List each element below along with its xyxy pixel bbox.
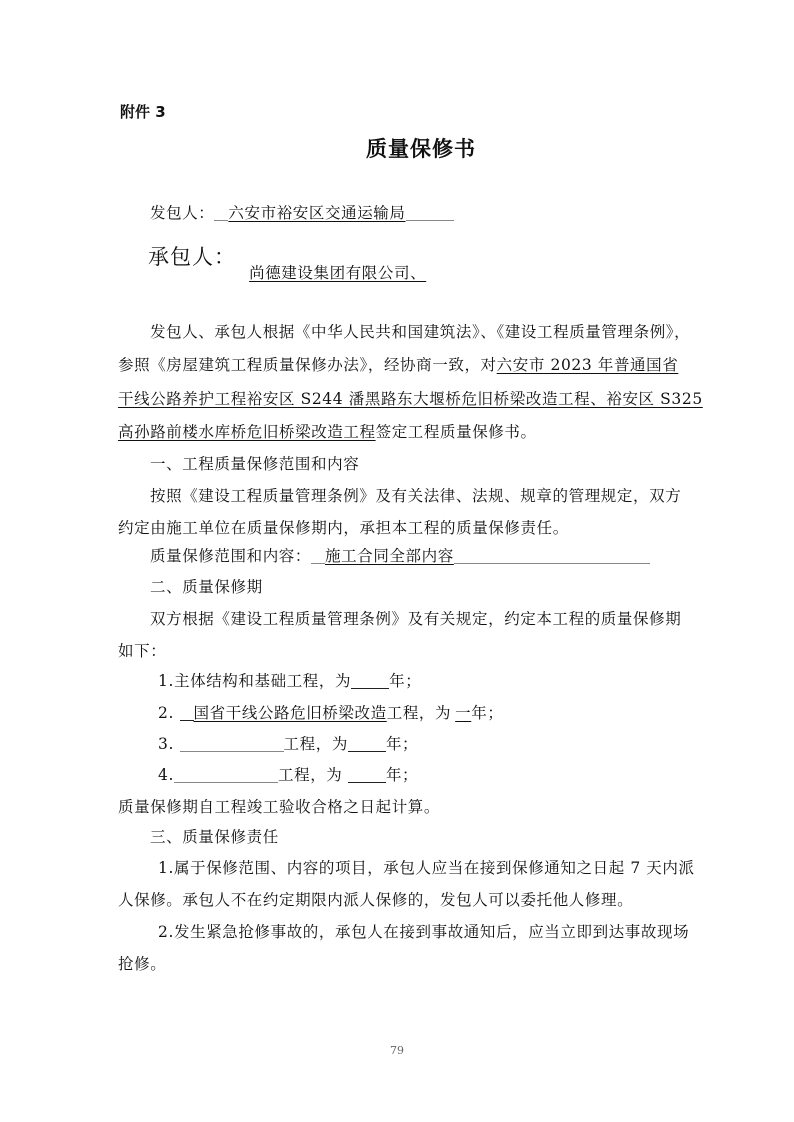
item-number: 4. [158, 766, 174, 784]
section-3-heading: 三、质量保修责任 [150, 830, 279, 846]
item-suffix: 年； [386, 735, 418, 753]
item-mid: 工程，为 [284, 735, 348, 753]
section-2-heading: 二、质量保修期 [150, 580, 263, 596]
item-suffix: 年； [389, 672, 421, 690]
scope-label: 质量保修范围和内容： [150, 547, 311, 565]
blank [406, 206, 454, 221]
section-3-item-2-line-2: 抢修。 [118, 957, 166, 973]
warranty-item-3: 3. 工程，为年； [158, 737, 418, 753]
document-title: 质量保修书 [366, 133, 476, 163]
warranty-item-2: 2. 国省干线公路危旧桥梁改造工程，为一年； [158, 706, 503, 722]
project-name-part-3: 高孙路前楼水库桥危旧桥梁改造工程 [118, 423, 376, 441]
employer-value: 六安市裕安区交通运输局 [228, 204, 405, 222]
project-name-part-1: 六安市 2023 年普通国省 [497, 356, 679, 374]
contractor-value: 尚德建设集团有限公司、 [249, 264, 426, 282]
warranty-period-start: 质量保修期自工程竣工验收合格之日起计算。 [118, 800, 440, 816]
section-1-para-line-2: 约定由施工单位在质量保修期内，承担本工程的质量保修责任。 [118, 521, 569, 537]
section-3-item-1-line-1: 1.属于保修范围、内容的项目，承包人应当在接到保修通知之日起 7 天内派 [158, 861, 695, 877]
section-2-para-line-1: 双方根据《建设工程质量管理条例》及有关规定，约定本工程的质量保修期 [150, 612, 681, 628]
employer-row: 发包人：六安市裕安区交通运输局 [150, 206, 454, 222]
item-mid: 工程，为 [278, 766, 342, 784]
blank [454, 549, 650, 564]
intro-line-4-suffix: 签定工程质量保修书。 [376, 423, 537, 441]
project-name-part-2: 干线公路养护工程裕安区 S244 潘黑路东大堰桥危旧桥梁改造工程、裕安区 S32… [118, 392, 703, 408]
blank [311, 549, 325, 564]
section-2-para-line-2: 如下： [118, 644, 166, 660]
item-number: 1. [158, 672, 174, 690]
project-blank[interactable] [180, 737, 284, 752]
section-1-heading: 一、工程质量保修范围和内容 [150, 457, 359, 473]
intro-line-1: 发包人、承包人根据《中华人民共和国建筑法》、《建设工程质量管理条例》， [150, 325, 690, 341]
years-blank[interactable] [351, 674, 389, 689]
item-suffix: 年； [471, 704, 503, 722]
section-3-item-2-line-1: 2.发生紧急抢修事故的，承包人在接到事故通知后，应当立即到达事故现场 [158, 925, 689, 941]
item-suffix: 年； [386, 766, 418, 784]
scope-value: 施工合同全部内容 [325, 547, 454, 565]
intro-line-2: 参照《房屋建筑工程质量保修办法》，经协商一致，对六安市 2023 年普通国省 [118, 358, 678, 374]
years-blank[interactable] [348, 768, 386, 783]
blank [180, 706, 194, 721]
warranty-item-1: 1.主体结构和基础工程，为年； [158, 674, 421, 690]
item-mid: 工程，为 [387, 704, 451, 722]
section-1-para-line-1: 按照《建设工程质量管理条例》及有关法律、法规、规章的管理规定，双方 [150, 489, 681, 505]
employer-label: 发包人： [150, 204, 214, 222]
item-project: 主体结构和基础工程，为 [174, 672, 351, 690]
item-number: 2. [158, 704, 174, 722]
item-number: 3. [158, 735, 174, 753]
blank [214, 206, 228, 221]
project-blank[interactable] [174, 768, 278, 783]
contractor-label: 承包人： [148, 245, 236, 269]
warranty-item-4: 4.工程，为 年； [158, 768, 418, 784]
contractor-row: 承包人： 尚德建设集团有限公司、 [148, 241, 418, 271]
intro-line-2-prefix: 参照《房屋建筑工程质量保修办法》，经协商一致，对 [118, 356, 497, 374]
page-number: 79 [390, 1044, 404, 1057]
attachment-label: 附件 3 [120, 101, 166, 122]
item-project: 国省干线公路危旧桥梁改造 [194, 704, 387, 722]
years-blank[interactable] [348, 737, 386, 752]
scope-row: 质量保修范围和内容：施工合同全部内容 [150, 549, 650, 565]
section-3-item-1-line-2: 人保修。承包人不在约定期限内派人保修的，发包人可以委托他人修理。 [118, 893, 633, 909]
item-years: 一 [451, 704, 471, 722]
intro-line-4: 高孙路前楼水库桥危旧桥梁改造工程签定工程质量保修书。 [118, 425, 537, 441]
